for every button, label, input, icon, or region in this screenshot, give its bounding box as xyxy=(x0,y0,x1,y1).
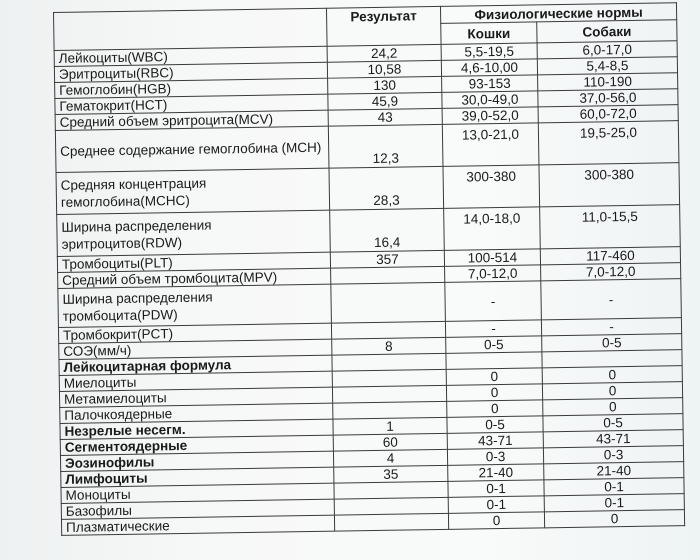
parameter-name: Средняя концентрация гемоглобина(MCHC) xyxy=(56,168,330,214)
norm-dogs: 19,5-25,0 xyxy=(538,121,679,165)
result-value: 130 xyxy=(328,76,442,94)
result-value: 10,58 xyxy=(327,60,441,78)
norm-cats xyxy=(446,352,542,370)
norm-cats: 0-1 xyxy=(448,496,544,514)
result-value: 45,9 xyxy=(328,92,442,110)
norm-cats: 0-5 xyxy=(446,336,542,354)
norm-cats: 0-3 xyxy=(447,448,543,466)
result-value: 28,3 xyxy=(329,166,444,210)
norm-cats: 0 xyxy=(446,384,542,402)
result-value xyxy=(331,266,445,284)
parameter-name: Среднее содержание гемоглобина (MCH) xyxy=(55,126,329,172)
header-dogs: Собаки xyxy=(537,20,677,43)
result-value: 60 xyxy=(333,433,447,451)
norm-cats: 14,0-18,0 xyxy=(444,207,541,251)
result-value: 24,2 xyxy=(327,44,441,62)
norm-cats: 21-40 xyxy=(448,464,544,482)
result-value xyxy=(332,369,446,387)
result-value xyxy=(333,401,447,419)
norm-cats: 0 xyxy=(446,368,542,386)
norm-cats: 39,0-52,0 xyxy=(442,107,538,125)
result-value xyxy=(331,282,446,323)
header-result: Результат xyxy=(326,6,441,46)
result-value: 35 xyxy=(334,465,448,483)
result-value: 16,4 xyxy=(330,208,445,252)
norm-cats: 7,0-12,0 xyxy=(445,265,541,283)
norm-dogs: - xyxy=(541,279,682,320)
norm-dogs: 300-380 xyxy=(539,163,680,207)
norm-cats: 93-153 xyxy=(442,75,538,93)
result-value: 43 xyxy=(328,108,442,126)
result-value xyxy=(334,513,448,531)
norm-cats: 100-514 xyxy=(444,249,540,267)
result-value xyxy=(332,385,446,403)
norm-cats: 5,5-19,5 xyxy=(441,43,537,61)
result-value xyxy=(334,481,448,499)
header-parameter xyxy=(54,8,328,50)
blood-test-table: Результат Физиологические нормы Кошки Со… xyxy=(53,2,685,536)
result-value xyxy=(332,353,446,371)
norm-cats: 0 xyxy=(448,512,544,530)
parameter-name: Ширина распределения эритроцитов(RDW) xyxy=(57,210,331,256)
result-value: 357 xyxy=(330,250,444,268)
norm-dogs: 11,0-15,5 xyxy=(540,205,681,249)
table-body: Лейкоциты(WBC)24,25,5-19,56,0-17,0Эритро… xyxy=(54,41,685,536)
norm-cats: 0 xyxy=(447,400,543,418)
result-value xyxy=(334,497,448,515)
norm-cats: - xyxy=(445,281,542,322)
norm-cats: 0-1 xyxy=(448,480,544,498)
norm-cats: 43-71 xyxy=(447,432,543,450)
norm-cats: 30,0-49,0 xyxy=(442,91,538,109)
result-value: 12,3 xyxy=(328,124,443,168)
blood-test-table-wrapper: Результат Физиологические нормы Кошки Со… xyxy=(53,2,685,536)
norm-cats: 4,6-10,00 xyxy=(441,59,537,77)
result-value: 4 xyxy=(333,449,447,467)
result-value: 1 xyxy=(333,417,447,435)
norm-cats: 300-380 xyxy=(443,165,540,209)
result-value xyxy=(331,321,445,339)
parameter-name: Ширина распределения тромбоцита(PDW) xyxy=(58,284,332,327)
document-page: Результат Физиологические нормы Кошки Со… xyxy=(0,0,700,560)
norm-cats: - xyxy=(445,320,541,338)
header-cats: Кошки xyxy=(441,22,537,45)
norm-cats: 0-5 xyxy=(447,416,543,434)
norm-cats: 13,0-21,0 xyxy=(442,123,539,167)
result-value: 8 xyxy=(332,337,446,355)
norm-dogs: 0 xyxy=(544,510,684,528)
